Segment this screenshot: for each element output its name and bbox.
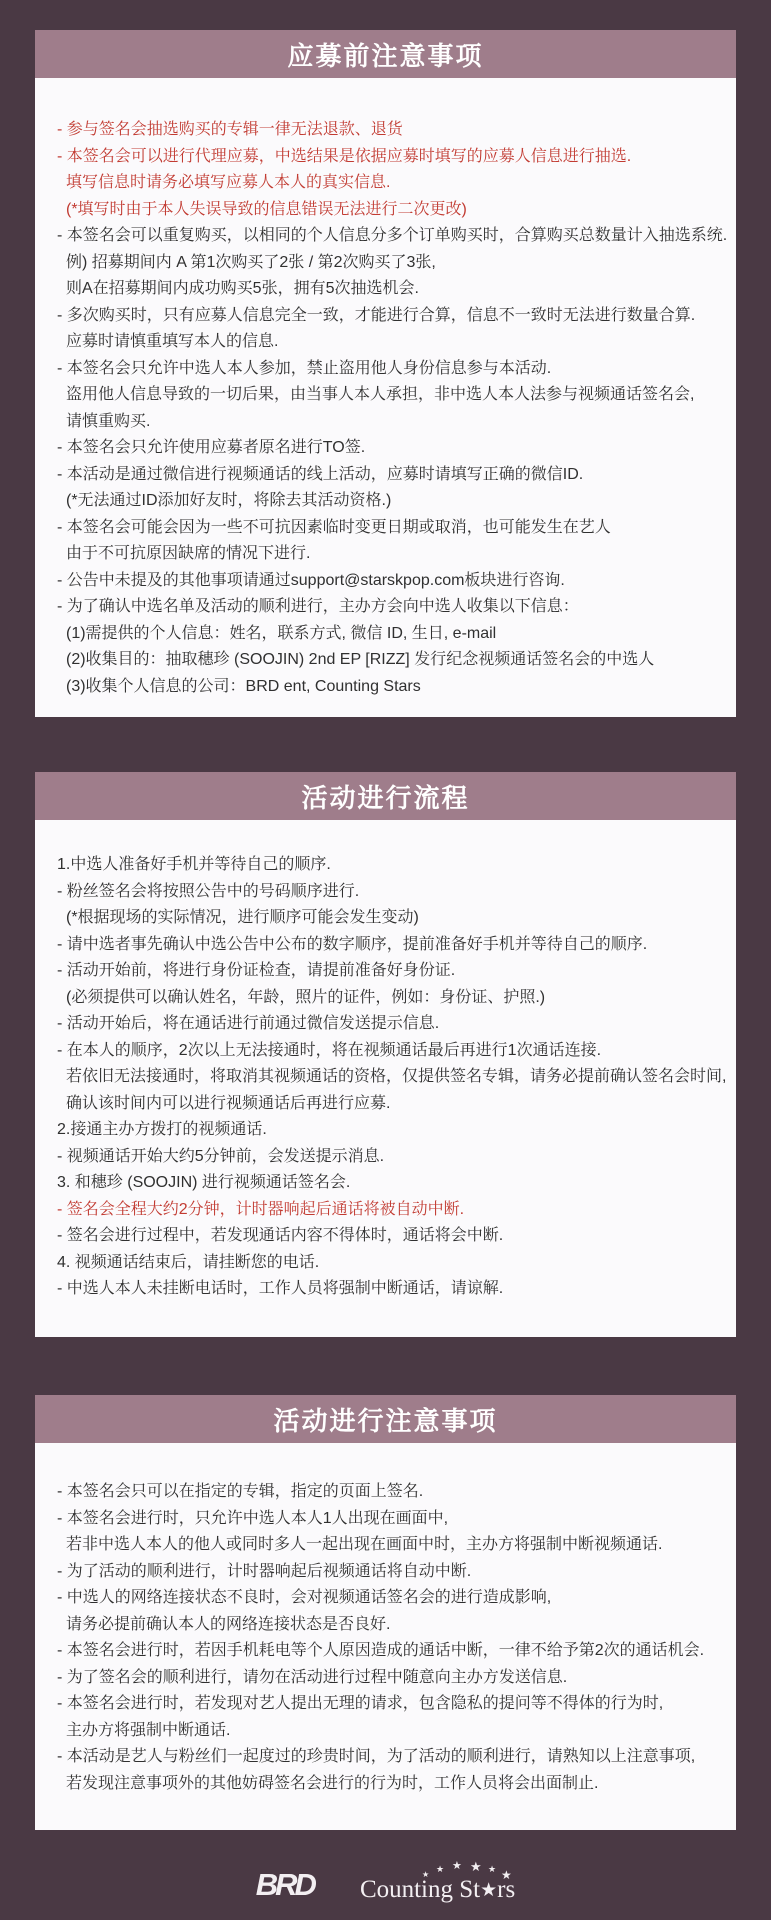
section-event-notes: 活动进行注意事项 - 本签名会只可以在指定的专辑，指定的页面上签名.- 本签名会… [35,1395,736,1830]
section-title: 活动进行注意事项 [273,1401,497,1438]
notice-line: - 签名会进行过程中，若发现通话内容不得体时，通话将会中断. [57,1223,728,1250]
notice-line: - 本签名会进行时，若发现对艺人提出无理的请求，包含隐私的提问等不得体的行为时, [57,1691,728,1718]
notice-line: (必须提供可以确认姓名，年龄，照片的证件，例如：身份证、护照.) [57,985,728,1012]
notice-line: (*填写时由于本人失误导致的信息错误无法进行二次更改) [57,197,728,224]
notice-line: - 视频通话开始大约5分钟前，会发送提示消息. [57,1144,728,1171]
counting-stars-logo: ★★★★★★ Counting St ★ rs [360,1867,515,1902]
notice-line: - 活动开始前，将进行身份证检查，请提前准备好身份证. [57,958,728,985]
notice-line: - 参与签名会抽选购买的专辑一律无法退款、退货 [57,117,728,144]
notice-line: - 中选人的网络连接状态不良时，会对视频通话签名会的进行造成影响, [57,1585,728,1612]
star-icon: ★ [470,1860,482,1873]
notice-line: 3. 和穗珍 (SOOJIN) 进行视频通话签名会. [57,1170,728,1197]
notice-line: 填写信息时请务必填写应募人本人的真实信息. [57,170,728,197]
section-body: - 本签名会只可以在指定的专辑，指定的页面上签名.- 本签名会进行时，只允许中选… [35,1443,736,1797]
notice-line: - 本签名会可以重复购买，以相同的个人信息分多个订单购买时，合算购买总数量计入抽… [57,223,728,250]
notice-line: - 请中选者事先确认中选公告中公布的数字顺序，提前准备好手机并等待自己的顺序. [57,932,728,959]
notice-line: 若依旧无法接通时，将取消其视频通话的资格，仅提供签名专辑，请务必提前确认签名会时… [57,1064,728,1091]
notice-line: - 本签名会可以进行代理应募，中选结果是依据应募时填写的应募人信息进行抽选. [57,144,728,171]
notice-line: - 本签名会进行时，只允许中选人本人1人出现在画面中, [57,1506,728,1533]
notice-line: - 公告中未提及的其他事项请通过support@starskpop.com板块进… [57,568,728,595]
notice-line: (1)需提供的个人信息：姓名，联系方式, 微信 ID, 生日, e-mail [57,621,728,648]
notice-line: - 本签名会只可以在指定的专辑，指定的页面上签名. [57,1479,728,1506]
notice-line: 则A在招募期间内成功购买5张，拥有5次抽选机会. [57,276,728,303]
notice-line: - 为了确认中选名单及活动的顺利进行，主办方会向中选人收集以下信息： [57,594,728,621]
notice-line: 由于不可抗原因缺席的情况下进行. [57,541,728,568]
notice-line: (2)收集目的：抽取穗珍 (SOOJIN) 2nd EP [RIZZ] 发行纪念… [57,647,728,674]
section-pre-application-notes: 应募前注意事项 - 参与签名会抽选购买的专辑一律无法退款、退货- 本签名会可以进… [35,30,736,717]
notice-line: - 活动开始后，将在通话进行前通过微信发送提示信息. [57,1011,728,1038]
notice-line: - 在本人的顺序，2次以上无法接通时，将在视频通话最后再进行1次通话连接. [57,1038,728,1065]
counting-stars-logo-text: Counting St ★ rs [360,1877,515,1902]
notice-line: 应募时请慎重填写本人的信息. [57,329,728,356]
star-icon: ★ [480,1881,497,1900]
notice-line: 盗用他人信息导致的一切后果，由当事人本人承担，非中选人本人法参与视频通话签名会, [57,382,728,409]
notice-line: 若发现注意事项外的其他妨碍签名会进行的行为时，工作人员将会出面制止. [57,1771,728,1798]
section-header: 活动进行注意事项 [35,1395,736,1443]
notice-line: - 本签名会只允许中选人本人参加，禁止盗用他人身份信息参与本活动. [57,356,728,383]
notice-line: (*无法通过ID添加好友时，将除去其活动资格.) [57,488,728,515]
section-title: 活动进行流程 [301,778,469,815]
notice-line: 例) 招募期间内 A 第1次购买了2张 / 第2次购买了3张, [57,250,728,277]
counting-stars-text-prefix: Counting St [360,1877,480,1902]
notice-line: - 为了活动的顺利进行，计时器响起后视频通话将自动中断. [57,1559,728,1586]
notice-line: - 多次购买时，只有应募人信息完全一致，才能进行合算，信息不一致时无法进行数量合… [57,303,728,330]
brd-logo: BRD [256,1869,314,1900]
notice-line: 请慎重购买. [57,409,728,436]
star-icon: ★ [422,1871,429,1879]
star-icon: ★ [436,1865,444,1874]
star-icon: ★ [488,1865,496,1874]
notice-line: 确认该时间内可以进行视频通话后再进行应募. [57,1091,728,1118]
notice-line: 若非中选人本人的他人或同时多人一起出现在画面中时，主办方将强制中断视频通话. [57,1532,728,1559]
notice-line: (*根据现场的实际情况，进行顺序可能会发生变动) [57,905,728,932]
section-header: 应募前注意事项 [35,30,736,78]
notice-line: - 为了签名会的顺利进行，请勿在活动进行过程中随意向主办方发送信息. [57,1665,728,1692]
notice-page: 应募前注意事项 - 参与签名会抽选购买的专辑一律无法退款、退货- 本签名会可以进… [0,0,771,1920]
footer-logos: BRD ★★★★★★ Counting St ★ rs [0,1848,771,1920]
notice-line: 主办方将强制中断通话. [57,1718,728,1745]
notice-line: - 粉丝签名会将按照公告中的号码顺序进行. [57,879,728,906]
notice-line: (3)收集个人信息的公司：BRD ent, Counting Stars [57,674,728,701]
notice-line: - 本签名会进行时，若因手机耗电等个人原因造成的通话中断，一律不给予第2次的通话… [57,1638,728,1665]
notice-line: 4. 视频通话结束后，请挂断您的电话. [57,1250,728,1277]
section-body: 1.中选人准备好手机并等待自己的顺序.- 粉丝签名会将按照公告中的号码顺序进行.… [35,820,736,1303]
notice-line: - 中选人本人未挂断电话时，工作人员将强制中断通话，请谅解. [57,1276,728,1303]
notice-line: - 本活动是通过微信进行视频通话的线上活动，应募时请填写正确的微信ID. [57,462,728,489]
section-event-process: 活动进行流程 1.中选人准备好手机并等待自己的顺序.- 粉丝签名会将按照公告中的… [35,772,736,1337]
notice-line: - 签名会全程大约2分钟，计时器响起后通话将被自动中断. [57,1197,728,1224]
notice-line: - 本签名会可能会因为一些不可抗因素临时变更日期或取消，也可能发生在艺人 [57,515,728,542]
notice-line: 请务必提前确认本人的网络连接状态是否良好. [57,1612,728,1639]
section-header: 活动进行流程 [35,772,736,820]
brd-logo-text: BRD [256,1869,314,1900]
star-icon: ★ [452,1861,462,1872]
notice-line: - 本签名会只允许使用应募者原名进行TO签. [57,435,728,462]
section-title: 应募前注意事项 [287,36,483,73]
star-icon: ★ [501,1869,512,1881]
notice-line: 1.中选人准备好手机并等待自己的顺序. [57,852,728,879]
section-body: - 参与签名会抽选购买的专辑一律无法退款、退货- 本签名会可以进行代理应募，中选… [35,78,736,700]
notice-line: 2.接通主办方拨打的视频通话. [57,1117,728,1144]
notice-line: - 本活动是艺人与粉丝们一起度过的珍贵时间，为了活动的顺利进行，请熟知以上注意事… [57,1744,728,1771]
